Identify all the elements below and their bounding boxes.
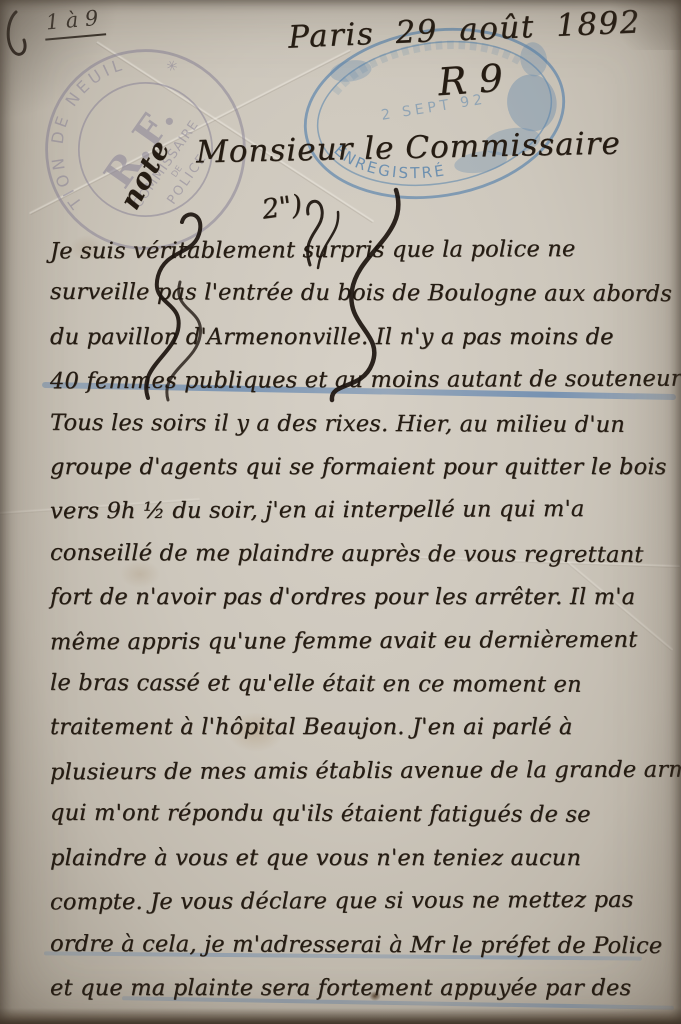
photo-edge <box>591 0 681 50</box>
body-line: groupe d'agents qui se formaient pour qu… <box>50 446 676 489</box>
body-line: Tous les soirs il y a des rixes. Hier, a… <box>50 402 676 448</box>
body-line: conseillé de me plaindre auprès de vous … <box>50 532 676 578</box>
salutation: Monsieur le Commissaire <box>196 126 621 171</box>
dateline: Paris 29 août 1892 <box>287 4 641 55</box>
photo-edge <box>0 1008 681 1024</box>
body-line: et que ma plainte sera fortement appuyée… <box>50 967 676 1010</box>
note-annotation: note <box>113 134 177 215</box>
body-line: traitement à l'hôpital Beaujon. J'en ai … <box>50 706 676 749</box>
body-line: plaindre à vous et que vous n'en teniez … <box>50 837 676 880</box>
body-line: plusieurs de mes amis établis avenue de … <box>50 749 676 795</box>
letter-photograph: TION DE NEUIL ✳ R.F. COMMISSAIRE DE POLI… <box>0 0 681 1024</box>
body-line: vers 9h ½ du soir, j'en ai interpellé un… <box>50 488 676 534</box>
body-line: surveille pas l'entrée du bois de Boulog… <box>50 271 676 317</box>
sub-note-annotation: 2") <box>260 189 304 225</box>
body-line: du pavillon d'Armenonville. Il n'y a pas… <box>50 316 676 359</box>
body-line: Je suis véritablement surpris que la pol… <box>50 228 676 274</box>
svg-text:✳: ✳ <box>160 54 184 79</box>
round-stamp-star-icon: ✳ <box>160 54 184 79</box>
letter-body: Je suis véritablement surpris que la pol… <box>50 229 676 1010</box>
body-line: même appris qu'une femme avait eu derniè… <box>50 618 676 664</box>
body-line: fort de n'avoir pas d'ordres pour les ar… <box>50 576 676 619</box>
body-line: 40 femmes publiques et au moins autant d… <box>50 358 676 404</box>
registry-mark-annotation: R 9 <box>437 56 505 104</box>
body-line: le bras cassé et qu'elle était en ce mom… <box>50 662 676 708</box>
body-line: qui m'ont répondu qu'ils étaient fatigué… <box>50 792 676 838</box>
body-line: compte. Je vous déclare que si vous ne m… <box>50 879 676 925</box>
photo-edge <box>0 0 120 120</box>
round-stamp-de: DE <box>170 164 185 180</box>
body-line: ordre à cela, je m'adresserai à Mr le pr… <box>50 922 676 968</box>
